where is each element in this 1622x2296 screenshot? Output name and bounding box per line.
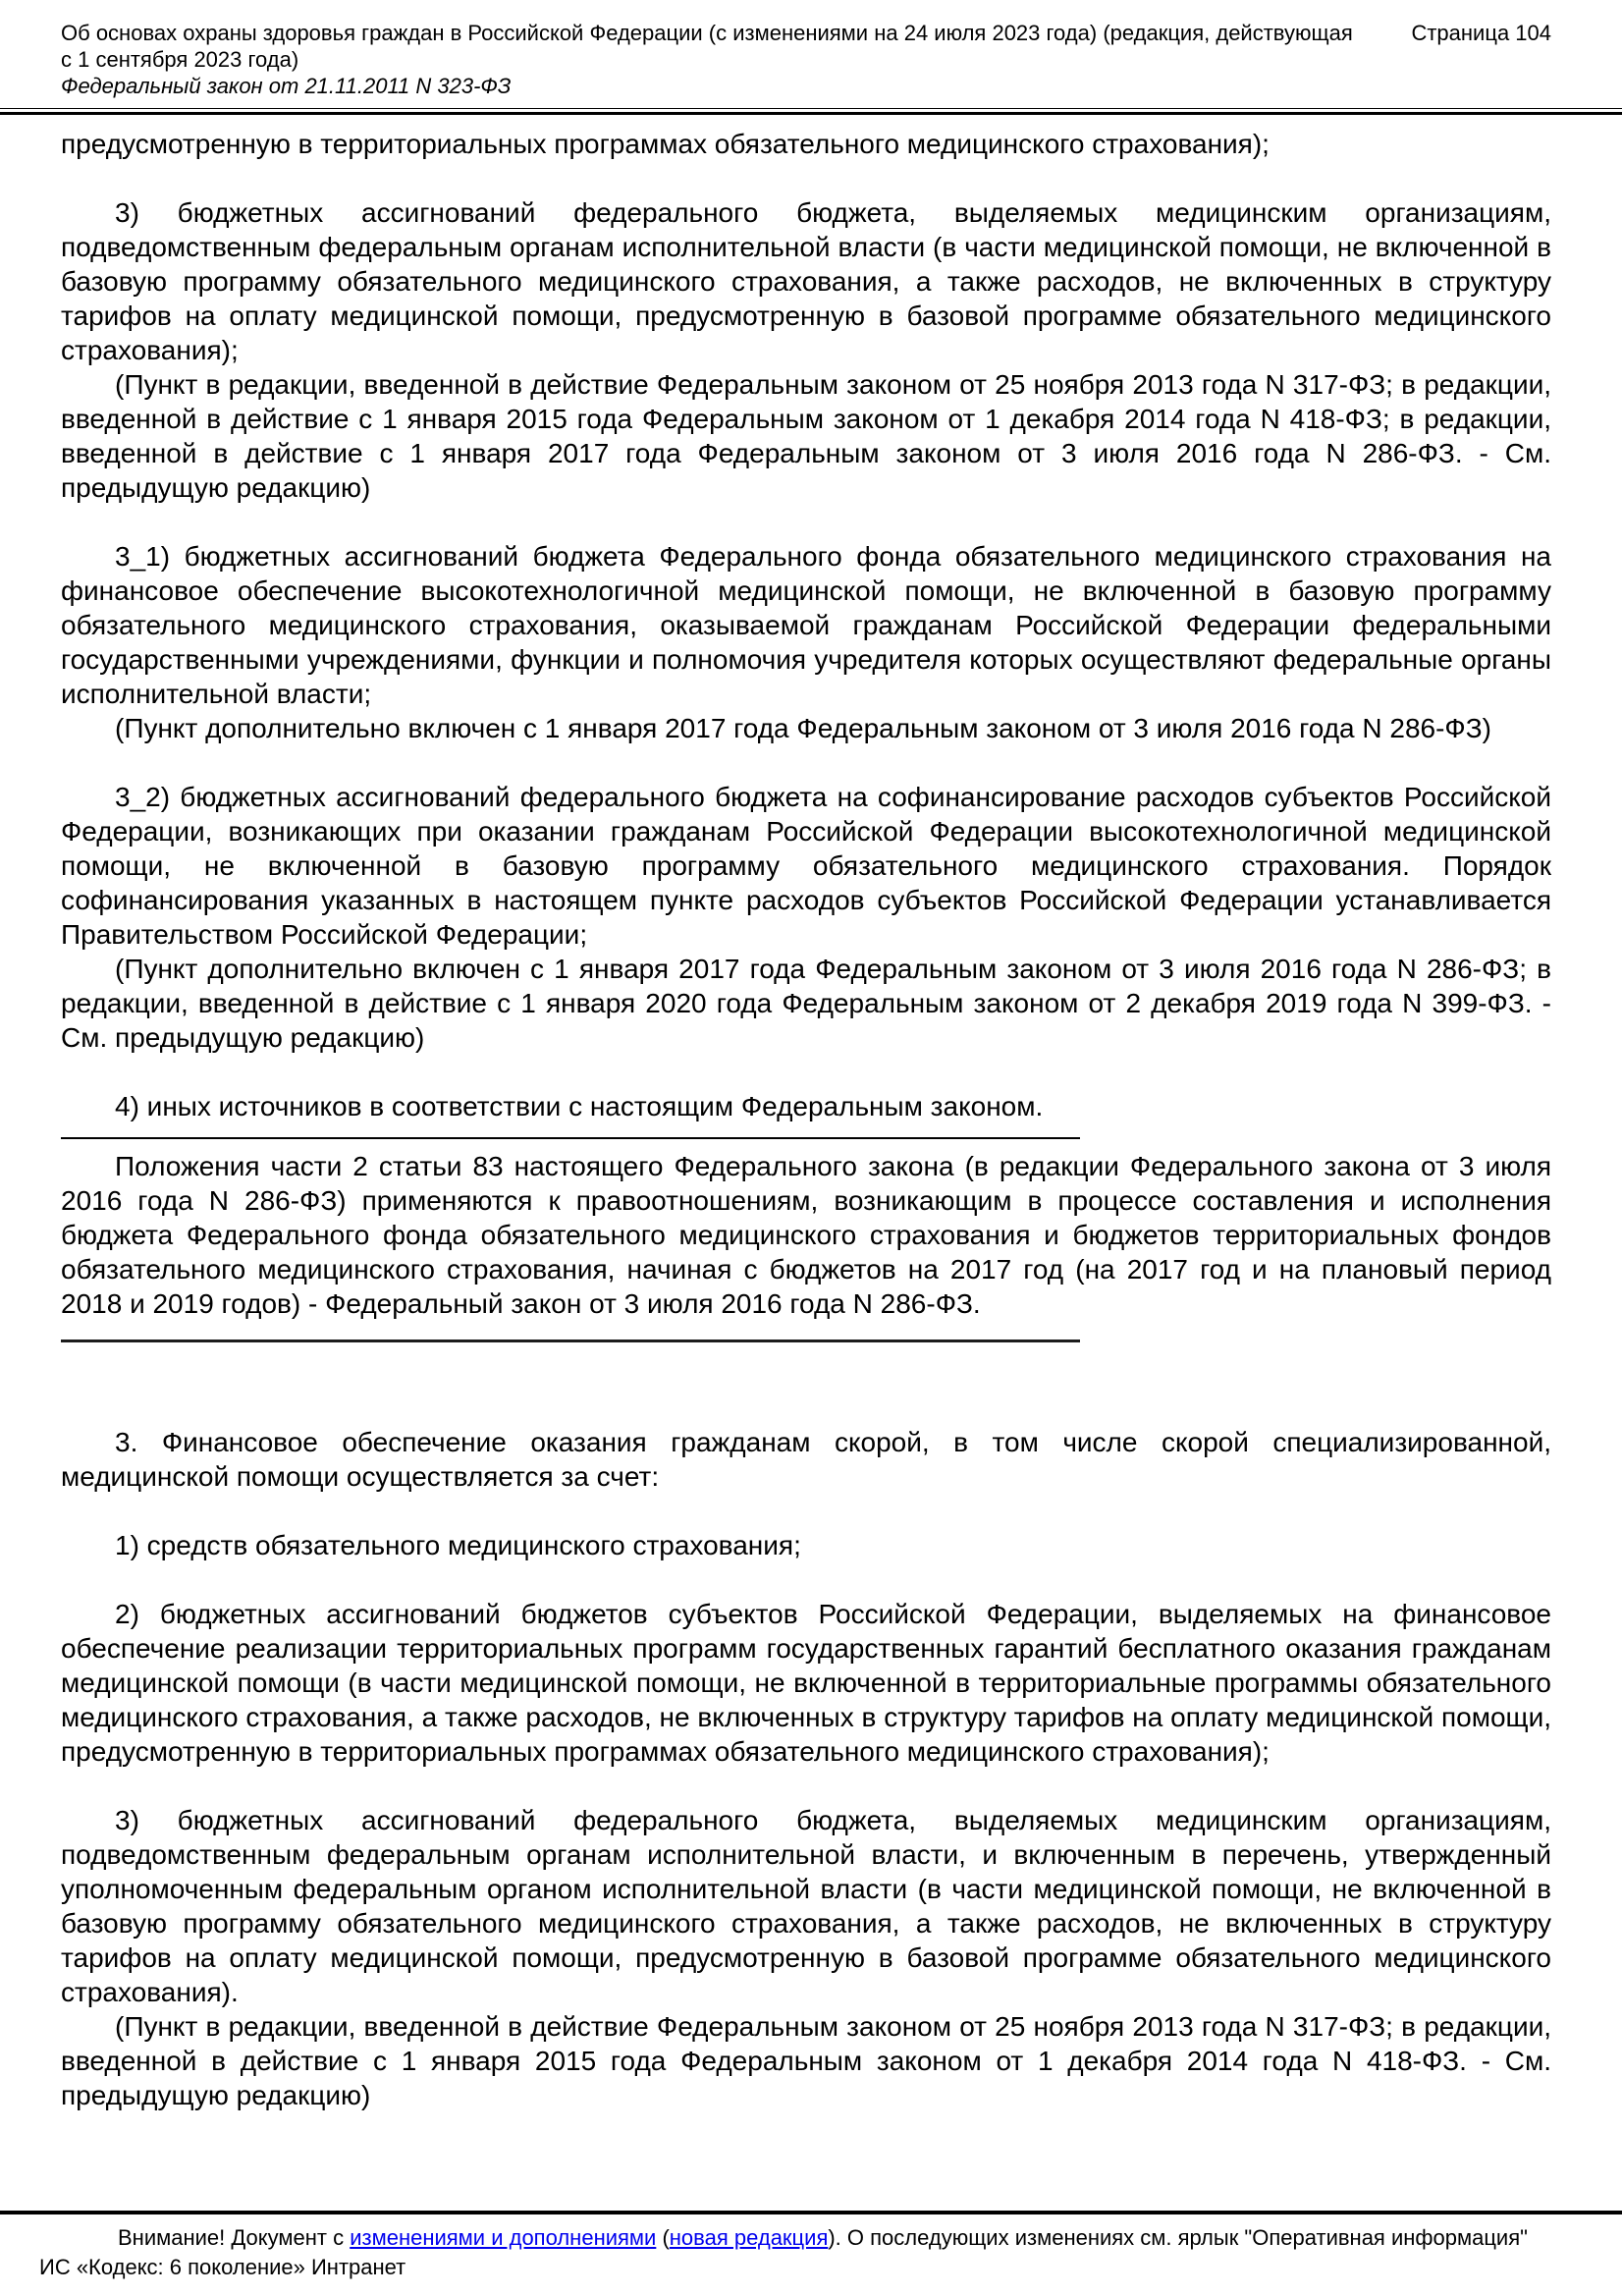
document-body: предусмотренную в территориальных програ… — [0, 115, 1622, 2112]
footer-notice: Внимание! Документ с изменениями и допол… — [39, 2223, 1583, 2253]
header-rule-thin-line — [0, 108, 1622, 109]
paragraph-item-1: 1) средств обязательного медицинского ст… — [61, 1528, 1551, 1562]
document-page: Об основах охраны здоровья граждан в Рос… — [0, 0, 1622, 2296]
page-header: Об основах охраны здоровья граждан в Рос… — [0, 0, 1622, 99]
paragraph-provisions-note: Положения части 2 статьи 83 настоящего Ф… — [61, 1149, 1551, 1321]
paragraph-note-final: (Пункт в редакции, введенной в действие … — [61, 2009, 1551, 2112]
separator-line-top — [61, 1137, 1080, 1139]
page-footer: Внимание! Документ с изменениями и допол… — [0, 2211, 1622, 2296]
paragraph-item-3-second: 3) бюджетных ассигнований федерального б… — [61, 1803, 1551, 2009]
paragraph-note-item-3-1: (Пункт дополнительно включен с 1 января … — [61, 711, 1551, 745]
separator-line-bottom — [61, 1339, 1080, 1342]
footer-notice-mid: ( — [656, 2225, 669, 2250]
footer-notice-prefix: Внимание! Документ с — [118, 2225, 350, 2250]
paragraph-item-3: 3) бюджетных ассигнований федерального б… — [61, 195, 1551, 367]
paragraph-continuation: предусмотренную в территориальных програ… — [61, 127, 1551, 161]
page-number: Страница 104 — [1411, 20, 1551, 46]
paragraph-note-item-3: (Пункт в редакции, введенной в действие … — [61, 367, 1551, 505]
paragraph-item-4: 4) иных источников в соответствии с наст… — [61, 1089, 1551, 1123]
paragraph-item-3-2: 3_2) бюджетных ассигнований федерального… — [61, 780, 1551, 952]
new-edition-link[interactable]: новая редакция — [670, 2225, 829, 2250]
header-rule — [0, 108, 1622, 115]
paragraph-item-2: 2) бюджетных ассигнований бюджетов субъе… — [61, 1597, 1551, 1769]
document-title: Об основах охраны здоровья граждан в Рос… — [61, 20, 1367, 73]
changes-and-additions-link[interactable]: изменениями и дополнениями — [350, 2225, 656, 2250]
document-subtitle: Федеральный закон от 21.11.2011 N 323-ФЗ — [61, 73, 1551, 99]
paragraph-part-3: 3. Финансовое обеспечение оказания гражд… — [61, 1425, 1551, 1494]
paragraph-note-item-3-2: (Пункт дополнительно включен с 1 января … — [61, 952, 1551, 1055]
paragraph-item-3-1: 3_1) бюджетных ассигнований бюджета Феде… — [61, 539, 1551, 711]
footer-system-label: ИС «Кодекс: 6 поколение» Интранет — [39, 2253, 1583, 2282]
footer-notice-suffix: ). О последующих изменениях см. ярлык "О… — [828, 2225, 1528, 2250]
